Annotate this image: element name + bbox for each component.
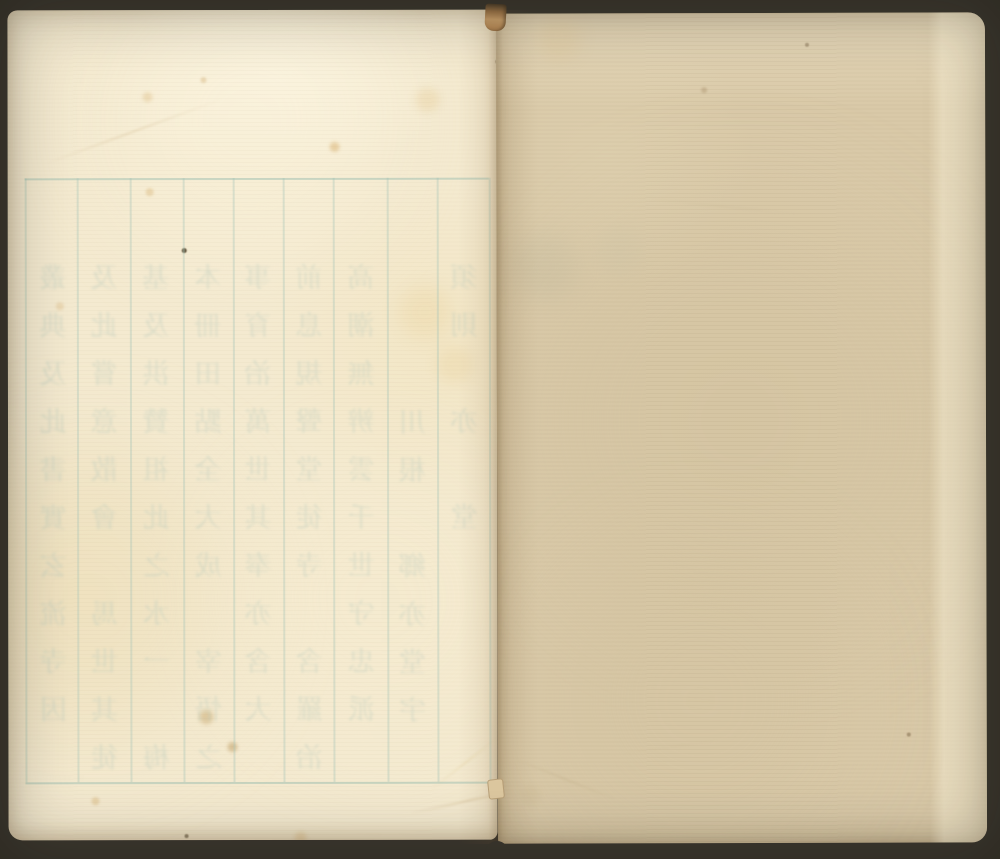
bleedthrough-glyph: 徒 bbox=[291, 495, 327, 543]
bleedthrough-glyph: 宰 bbox=[190, 639, 226, 687]
paper-stain bbox=[537, 16, 581, 60]
bleedthrough-glyph: 此 bbox=[86, 303, 122, 351]
bleedthrough-glyph: 前 bbox=[291, 255, 327, 303]
bleedthrough-glyph: 本 bbox=[190, 255, 226, 303]
bleedthrough-column: 高潮無辨雲千世守忠派 bbox=[343, 255, 380, 735]
bleedthrough-glyph: 雲 bbox=[343, 447, 379, 495]
paper-stain bbox=[550, 550, 851, 844]
bleedthrough-glyph: 宇 bbox=[394, 688, 430, 736]
bleedthrough-glyph: 川 bbox=[394, 400, 430, 448]
bleedthrough-glyph: 羅 bbox=[291, 687, 327, 735]
bleedthrough-glyph: 流 bbox=[35, 591, 71, 639]
bleedthrough-glyph: 奉 bbox=[240, 543, 276, 591]
bleedthrough-column: 川根鄉亦堂宇 bbox=[394, 400, 430, 736]
bleedthrough-glyph: 祖 bbox=[138, 447, 174, 495]
bleedthrough-glyph: 堂 bbox=[446, 495, 482, 543]
bleedthrough-glyph bbox=[446, 447, 482, 495]
bleedthrough-column: 叢典及此書實玄流寺因 bbox=[35, 255, 72, 735]
bleedthrough-glyph: 贊 bbox=[138, 399, 174, 447]
bleedthrough-glyph: 治 bbox=[291, 735, 327, 783]
bleedthrough-glyph: 點 bbox=[190, 399, 226, 447]
bleedthrough-glyph: 亦 bbox=[446, 399, 482, 447]
bleedthrough-glyph bbox=[446, 351, 482, 399]
bleedthrough-glyph: 及 bbox=[138, 303, 174, 351]
bleedthrough-glyph: 聲 bbox=[291, 399, 327, 447]
bleedthrough-glyph: 根 bbox=[394, 448, 430, 496]
paper-stain bbox=[595, 226, 643, 274]
bleedthrough-glyph: 大 bbox=[240, 687, 276, 735]
bleedthrough-glyph: 及 bbox=[86, 255, 122, 303]
bleedthrough-glyph bbox=[138, 687, 174, 735]
bleedthrough-glyph: 治 bbox=[240, 351, 276, 399]
bleedthrough-column: 本冊田點全大成宰悟之 bbox=[190, 255, 227, 783]
bleedthrough-glyph: 此 bbox=[35, 399, 71, 447]
bleedthrough-glyph: 無 bbox=[343, 351, 379, 399]
bleedthrough-glyph: 馬 bbox=[86, 591, 122, 639]
bleedthrough-glyph: 鄉 bbox=[394, 544, 430, 592]
bleedthrough-glyph: 世 bbox=[343, 543, 379, 591]
bleedthrough-glyph: 含 bbox=[240, 639, 276, 687]
bleedthrough-glyph: 亦 bbox=[394, 592, 430, 640]
bleedthrough-column: 事育治萬世其奉亦含大 bbox=[240, 255, 277, 735]
bleedthrough-glyph: 須 bbox=[446, 255, 482, 303]
bleedthrough-glyph: 冊 bbox=[190, 303, 226, 351]
bleedthrough-column: 基及洪贊祖此之水一梅 bbox=[138, 255, 175, 783]
bleedthrough-glyph: 世 bbox=[240, 447, 276, 495]
bleedthrough-glyph: 含 bbox=[291, 639, 327, 687]
bleedthrough-column: 及此嘗意散會馬世其徒 bbox=[86, 255, 123, 783]
paper-stain bbox=[907, 733, 911, 737]
bleedthrough-column: 前息規聲堂徒寺含羅治 bbox=[291, 255, 328, 783]
photo-of-open-book: 叢典及此書實玄流寺因及此嘗意散會馬世其徒基及洪贊祖此之水一梅本冊田點全大成宰悟之… bbox=[0, 0, 1000, 859]
bleedthrough-glyph: 田 bbox=[190, 351, 226, 399]
bleedthrough-glyph: 事 bbox=[240, 255, 276, 303]
bleedthrough-column: 須則亦堂 bbox=[446, 255, 482, 543]
bleedthrough-glyph: 大 bbox=[190, 495, 226, 543]
paper-stain bbox=[805, 43, 809, 47]
bleedthrough-glyph: 潮 bbox=[343, 303, 379, 351]
bleedthrough-glyph: 悟 bbox=[190, 687, 226, 735]
bleedthrough-glyph: 辨 bbox=[343, 399, 379, 447]
right-page bbox=[496, 12, 987, 843]
bleedthrough-glyph: 守 bbox=[343, 591, 379, 639]
bleedthrough-glyph: 堂 bbox=[394, 640, 430, 688]
binding-notch-top bbox=[484, 3, 506, 31]
bleedthrough-glyph: 則 bbox=[446, 303, 482, 351]
bleedthrough-glyph: 息 bbox=[291, 303, 327, 351]
bleedthrough-glyph: 其 bbox=[86, 687, 122, 735]
bleedthrough-glyph: 寺 bbox=[35, 639, 71, 687]
bleedthrough-glyph: 萬 bbox=[240, 399, 276, 447]
left-page: 叢典及此書實玄流寺因及此嘗意散會馬世其徒基及洪贊祖此之水一梅本冊田點全大成宰悟之… bbox=[7, 10, 497, 841]
bleedthrough-glyph bbox=[291, 591, 327, 639]
bleedthrough-glyph: 此 bbox=[138, 495, 174, 543]
bleedthrough-glyph: 之 bbox=[138, 543, 174, 591]
bleedthrough-glyph: 高 bbox=[343, 255, 379, 303]
bleedthrough-glyph: 千 bbox=[343, 495, 379, 543]
bleedthrough-glyph: 成 bbox=[190, 543, 226, 591]
bleedthrough-glyph bbox=[394, 496, 430, 544]
bleedthrough-glyph bbox=[86, 543, 122, 591]
bleedthrough-glyph: 玄 bbox=[35, 543, 71, 591]
bleedthrough-glyph: 會 bbox=[86, 495, 122, 543]
bleedthrough-glyph: 亦 bbox=[240, 591, 276, 639]
binding-notch-bottom bbox=[487, 778, 505, 800]
bleedthrough-glyph: 意 bbox=[86, 399, 122, 447]
bleedthrough-glyph: 徒 bbox=[86, 735, 122, 783]
bleedthrough-glyph: 規 bbox=[291, 351, 327, 399]
bleedthrough-glyph: 梅 bbox=[138, 735, 174, 783]
bleedthrough-glyph: 堂 bbox=[291, 447, 327, 495]
bleedthrough-glyph: 嘗 bbox=[86, 351, 122, 399]
bleedthrough-glyph: 世 bbox=[86, 639, 122, 687]
bleedthrough-glyph: 叢 bbox=[35, 255, 71, 303]
bleedthrough-glyph: 之 bbox=[190, 735, 226, 783]
bleedthrough-text: 叢典及此書實玄流寺因及此嘗意散會馬世其徒基及洪贊祖此之水一梅本冊田點全大成宰悟之… bbox=[7, 10, 497, 841]
paper-stain bbox=[701, 87, 707, 93]
bleedthrough-glyph: 育 bbox=[240, 303, 276, 351]
bleedthrough-glyph: 水 bbox=[138, 591, 174, 639]
bleedthrough-glyph: 派 bbox=[343, 687, 379, 735]
bleedthrough-glyph: 寺 bbox=[291, 543, 327, 591]
bleedthrough-glyph: 書 bbox=[35, 447, 71, 495]
bleedthrough-glyph: 忠 bbox=[343, 639, 379, 687]
paper-stain bbox=[521, 786, 541, 806]
bleedthrough-glyph: 洪 bbox=[138, 351, 174, 399]
bleedthrough-glyph: 因 bbox=[35, 687, 71, 735]
bleedthrough-glyph: 實 bbox=[35, 495, 71, 543]
bleedthrough-glyph: 全 bbox=[190, 447, 226, 495]
bleedthrough-glyph: 一 bbox=[138, 639, 174, 687]
bleedthrough-glyph: 典 bbox=[35, 303, 71, 351]
right-page-paper-texture bbox=[496, 12, 987, 843]
bleedthrough-glyph: 基 bbox=[138, 255, 174, 303]
bleedthrough-glyph: 散 bbox=[86, 447, 122, 495]
paper-stain bbox=[510, 231, 578, 299]
bleedthrough-glyph: 其 bbox=[240, 495, 276, 543]
bleedthrough-glyph: 及 bbox=[35, 351, 71, 399]
bleedthrough-glyph bbox=[190, 591, 226, 639]
